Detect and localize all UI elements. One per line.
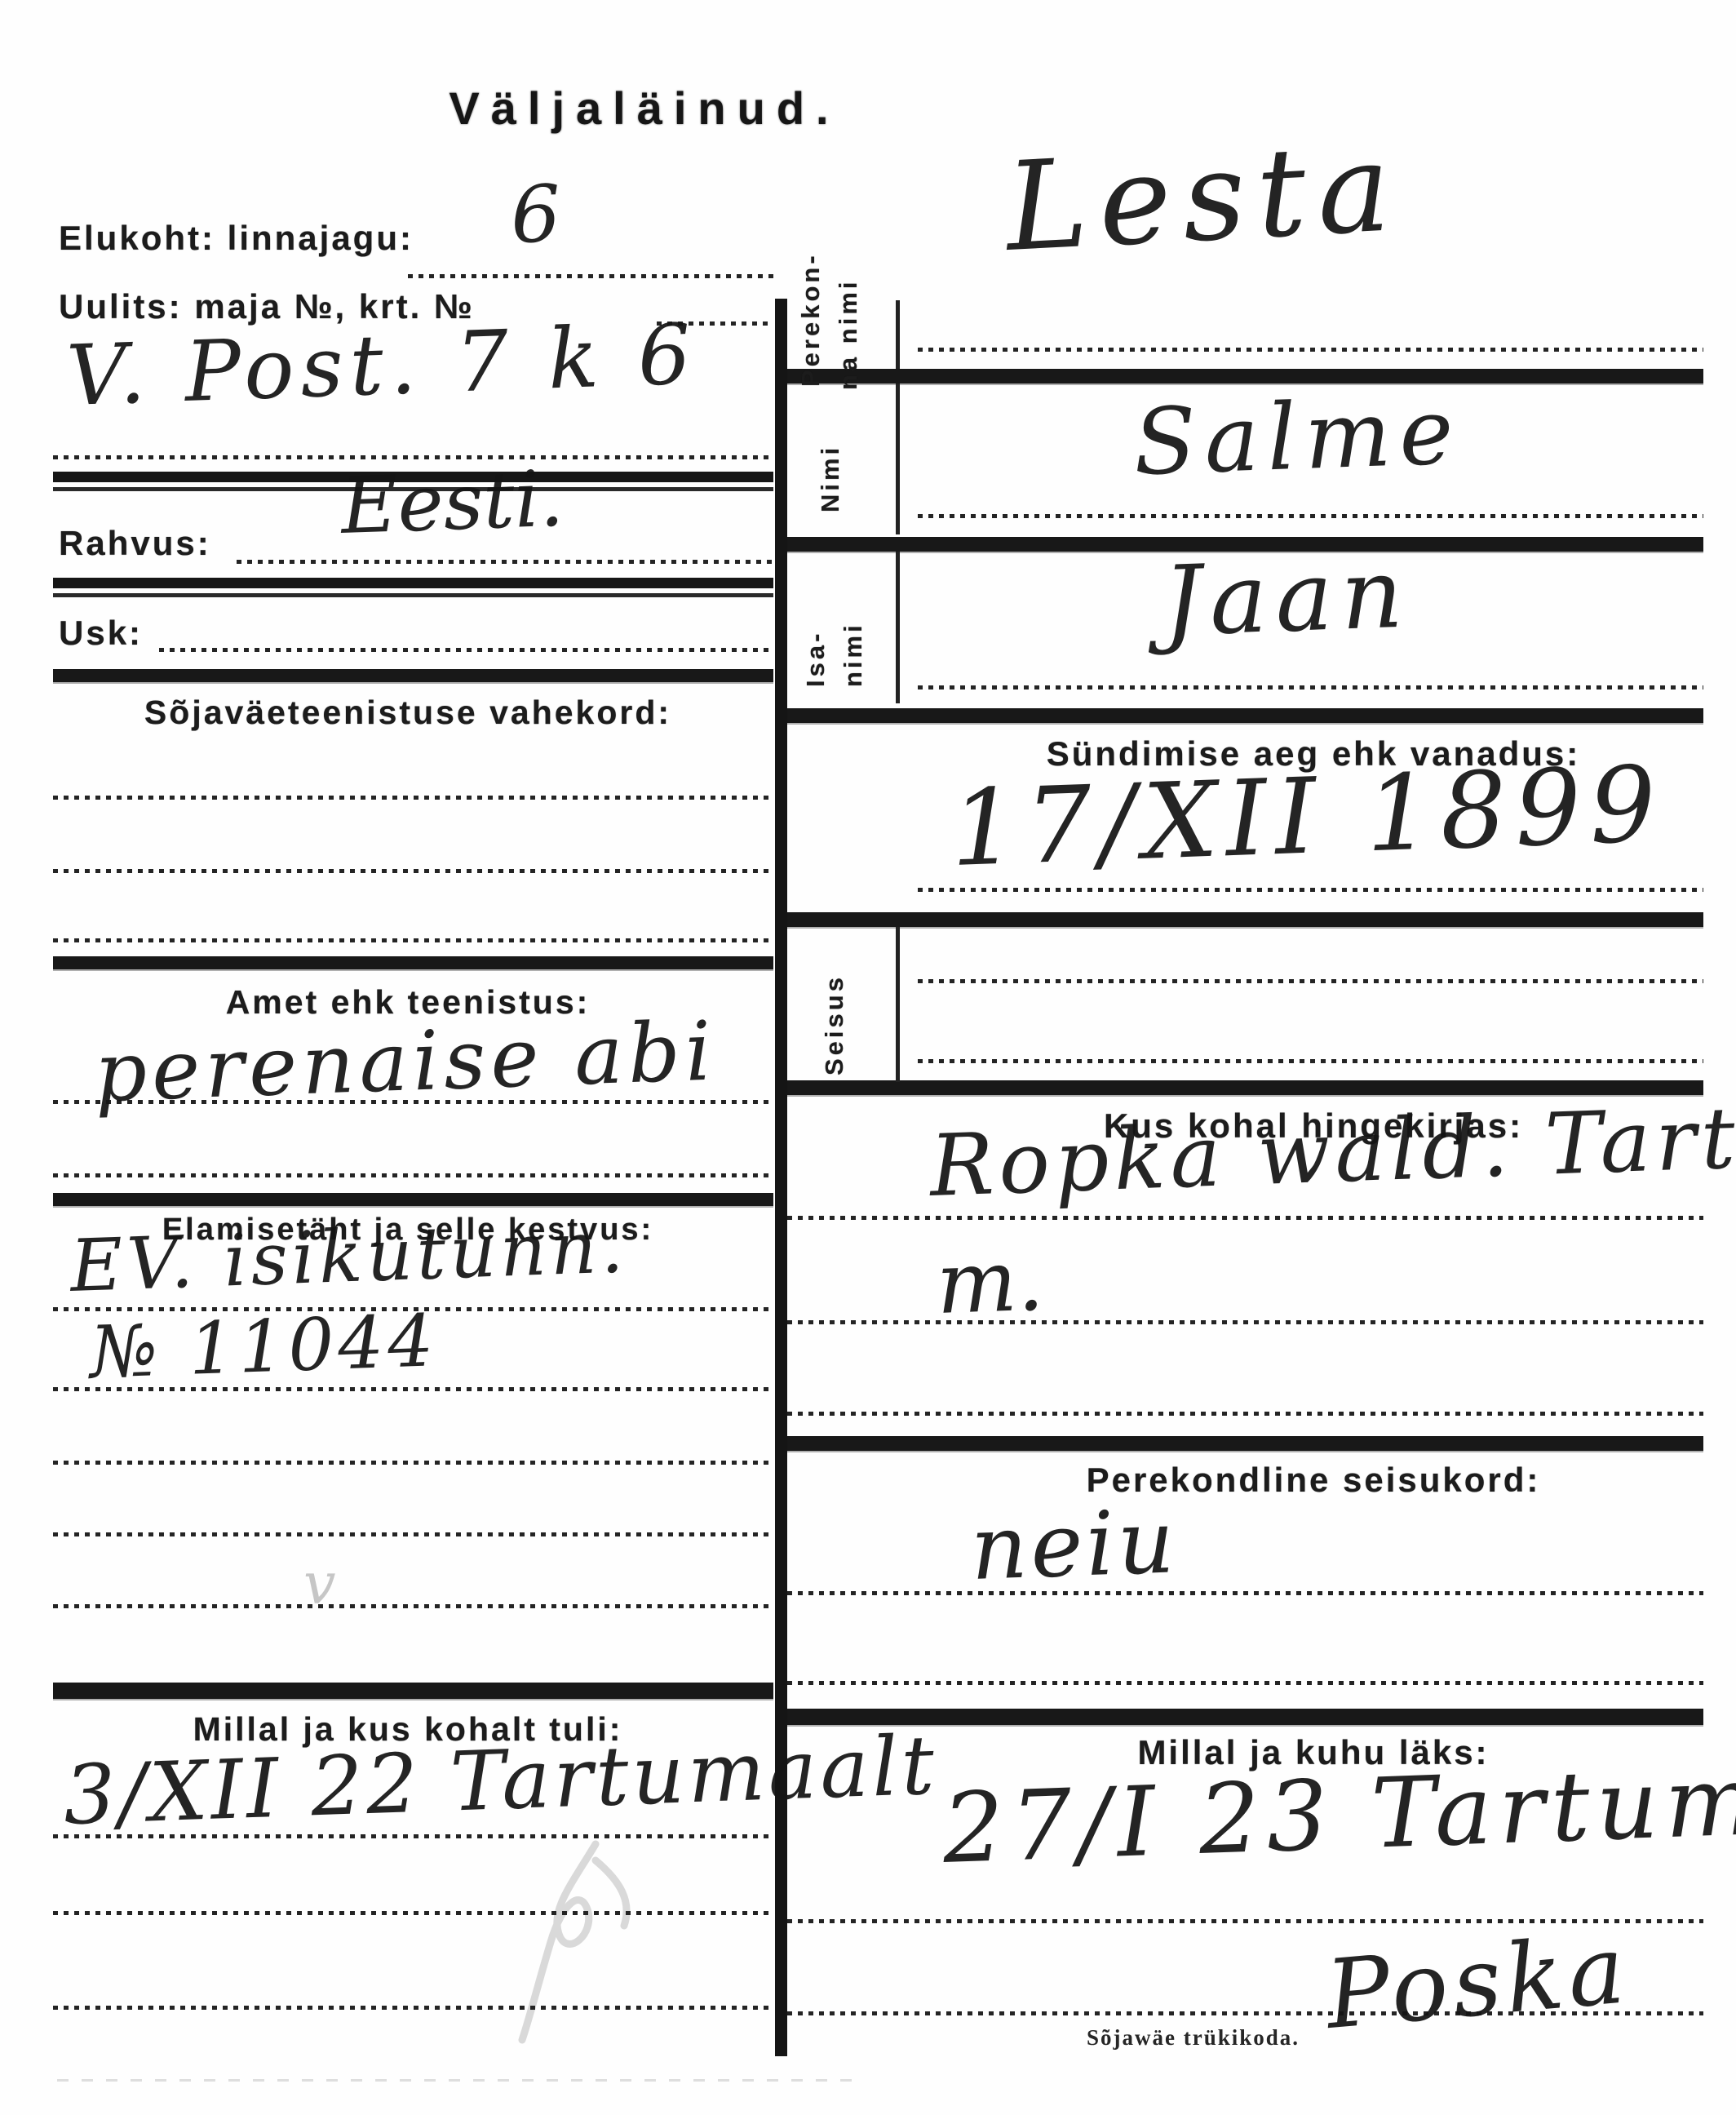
right-empty-dotted-line-2: [787, 1681, 1703, 1685]
registration-card: Väljaläinud. Elukoht: linnajagu: 6 Uulit…: [0, 0, 1736, 2115]
seisukord-dotted-line: [787, 1591, 1703, 1595]
official-signature-handwriting: Poska: [1322, 1914, 1634, 2051]
seisus-label: Seisus: [820, 937, 849, 1075]
printer-mark: Sõjawäe trükikoda.: [1087, 2025, 1300, 2051]
hingekiri-value-line1-handwriting: Ropka wald. Tartu: [928, 1086, 1736, 1216]
usk-dotted-line: [159, 648, 773, 652]
rule-above-seisukord: [775, 1436, 1703, 1451]
left-bottom-dotted-line-1: [53, 1911, 773, 1915]
rule-below-isanimi: [775, 708, 1703, 723]
nimi-dotted-line: [918, 514, 1703, 518]
nimi-label: Nimi: [816, 415, 845, 512]
sundimise-dotted-line: [918, 888, 1703, 892]
seisus-cell-divider: [896, 927, 900, 1082]
isanimi-cell-divider: [896, 552, 900, 703]
page-title: Väljaläinud.: [441, 82, 848, 135]
rule-above-elamistaht: [53, 1193, 773, 1206]
perekonnanimi-cell-divider: [896, 300, 900, 369]
hingekiri-dotted-line-1: [787, 1216, 1703, 1220]
isanimi-dotted-line: [918, 685, 1703, 689]
left-empty-dotted-line-1: [53, 1461, 773, 1465]
nimi-cell-divider: [896, 384, 900, 534]
isanimi-value-handwriting: Jaan: [1161, 536, 1413, 658]
isanimi-label-line2: nimi: [839, 565, 868, 687]
perekonnanimi-label-line2: na nimi: [834, 299, 863, 390]
pencil-squiggle: [473, 1836, 685, 2048]
rule-below-usk: [53, 669, 773, 682]
rule-above-amet: [53, 956, 773, 969]
elukoht-label: Elukoht: linnajagu:: [59, 219, 414, 258]
rule-below-rahvus: [53, 578, 773, 597]
seisus-dotted-line-1: [918, 979, 1703, 983]
sojavae-dotted-line-3: [53, 938, 773, 942]
elamistaht-value-line2-handwriting: № 11044: [88, 1298, 439, 1394]
left-bottom-dotted-line-2: [53, 2006, 773, 2010]
rule-below-seisus: [775, 1080, 1703, 1095]
usk-label: Usk:: [59, 614, 143, 653]
rule-above-tuli: [53, 1683, 773, 1699]
sojavae-dotted-line-2: [53, 869, 773, 873]
right-empty-dotted-line-1: [787, 1412, 1703, 1416]
elukoht-dotted-line: [408, 274, 773, 278]
rahvus-value-handwriting: Eesti.: [339, 454, 565, 552]
perekonnanimi-dotted-line: [918, 348, 1703, 352]
sojavae-heading: Sõjaväeteenistuse vahekord:: [41, 694, 775, 732]
perekonnanimi-value-handwriting: Lesta: [1003, 117, 1406, 279]
elukoht-value-handwriting: 6: [509, 168, 562, 261]
hingekiri-value-line2-handwriting: m.: [935, 1230, 1046, 1333]
nimi-value-handwriting: Salme: [1131, 379, 1463, 496]
amet-dotted-line-2: [53, 1173, 773, 1177]
left-empty-dotted-line-2: [53, 1532, 773, 1536]
sojavae-dotted-line-1: [53, 796, 773, 800]
perekonnanimi-label-line1: Perekon-: [796, 295, 826, 387]
rule-below-perekonnanimi: [775, 369, 1703, 384]
hingekiri-dotted-line-2: [787, 1320, 1703, 1324]
rule-below-sundimise: [775, 912, 1703, 927]
scan-edge-faint-line: [57, 2079, 865, 2082]
rahvus-label: Rahvus:: [59, 524, 211, 563]
left-empty-dotted-line-3: [53, 1604, 773, 1608]
seisus-dotted-line-2: [918, 1059, 1703, 1063]
seisukord-heading: Perekondline seisukord:: [922, 1461, 1705, 1500]
seisukord-value-handwriting: neiu: [969, 1491, 1180, 1600]
sundimise-value-handwriting: 17/XII 1899: [949, 744, 1666, 890]
rahvus-dotted-line: [237, 560, 773, 564]
isanimi-label-line1: Isa-: [801, 565, 830, 687]
uulits-value-handwriting: V. Post. 7 k 6: [65, 306, 699, 425]
